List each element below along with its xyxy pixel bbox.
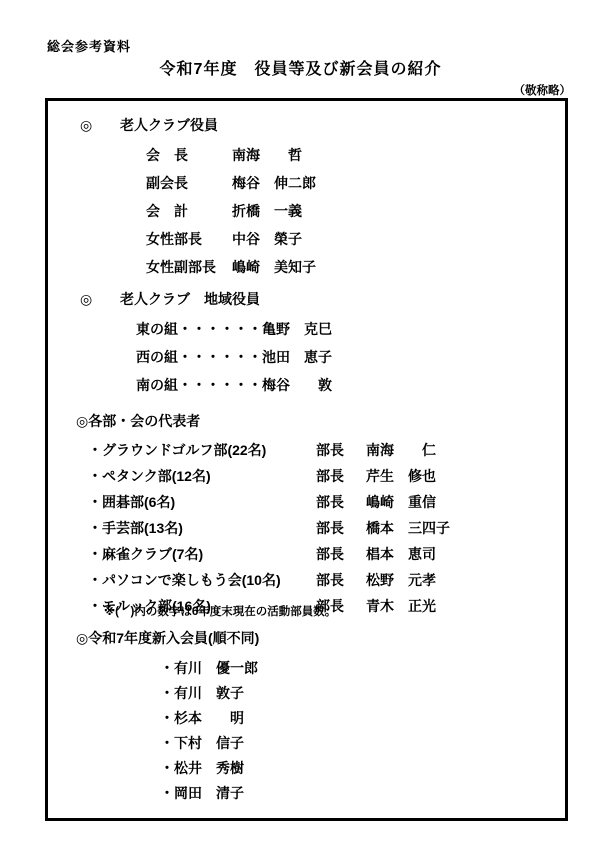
club-leader-title: 部長 [316, 437, 366, 463]
club-row: ・ペタンク部(12名)部長芹生 修也 [88, 463, 450, 489]
club-row: ・手芸部(13名)部長橋本 三四子 [88, 515, 450, 541]
new-member-row: ・下村 信子 [160, 731, 258, 756]
officer-role: 会 長 [146, 141, 232, 169]
club-name: ・手芸部(13名) [88, 515, 316, 541]
officer-name: 折橋 一義 [232, 203, 302, 219]
new-member-row: ・岡田 清子 [160, 781, 258, 806]
club-name: ・パソコンで楽しもう会(10名) [88, 567, 316, 593]
club-leader-name: 松野 元孝 [366, 572, 436, 588]
club-name: ・麻雀クラブ(7名) [88, 541, 316, 567]
section-new-members-heading: ◎令和7年度新入会員(順不同) [76, 628, 259, 648]
officers-list: 会 長南海 哲 副会長梅谷 伸二郎 会 計折橋 一義 女性部長中谷 榮子 女性副… [146, 141, 316, 281]
section-regional-heading: ◎老人クラブ 地域役員 [80, 289, 260, 309]
regional-row: 東の組・・・・・・亀野 克巳 [136, 315, 332, 343]
club-name: ・グラウンドゴルフ部(22名) [88, 437, 316, 463]
officer-name: 嶋崎 美知子 [232, 259, 316, 275]
doc-label: 総会参考資料 [47, 36, 131, 55]
officer-role: 会 計 [146, 197, 232, 225]
officer-name: 南海 哲 [232, 147, 302, 163]
club-name: ・囲碁部(6名) [88, 489, 316, 515]
clubs-list: ・グラウンドゴルフ部(22名)部長南海 仁 ・ペタンク部(12名)部長芹生 修也… [88, 437, 450, 619]
club-leader-title: 部長 [316, 515, 366, 541]
officer-row: 会 計折橋 一義 [146, 197, 316, 225]
club-row: ・囲碁部(6名)部長嶋崎 重信 [88, 489, 450, 515]
club-leader-name: 嶋崎 重信 [366, 494, 436, 510]
officer-row: 女性部長中谷 榮子 [146, 225, 316, 253]
club-leader-name: 橋本 三四子 [366, 520, 450, 536]
officer-row: 副会長梅谷 伸二郎 [146, 169, 316, 197]
double-circle-marker: ◎ [80, 291, 120, 308]
officer-name: 中谷 榮子 [232, 231, 302, 247]
section-officers-title: 老人クラブ役員 [120, 117, 218, 133]
officer-row: 女性副部長嶋崎 美知子 [146, 253, 316, 281]
club-name: ・ペタンク部(12名) [88, 463, 316, 489]
club-leader-title: 部長 [316, 541, 366, 567]
section-clubs-heading: ◎各部・会の代表者 [76, 411, 200, 431]
officer-role: 女性部長 [146, 225, 232, 253]
club-leader-name: 南海 仁 [366, 442, 436, 458]
new-members-list: ・有川 優一郎 ・有川 敦子 ・杉本 明 ・下村 信子 ・松井 秀樹 ・岡田 清… [160, 656, 258, 806]
regional-list: 東の組・・・・・・亀野 克巳 西の組・・・・・・池田 恵子 南の組・・・・・・梅… [136, 315, 332, 399]
content-box: ◎老人クラブ役員 会 長南海 哲 副会長梅谷 伸二郎 会 計折橋 一義 女性部長… [45, 98, 568, 821]
new-member-row: ・杉本 明 [160, 706, 258, 731]
section-officers-heading: ◎老人クラブ役員 [80, 115, 218, 135]
club-row: ・パソコンで楽しもう会(10名)部長松野 元孝 [88, 567, 450, 593]
new-member-row: ・松井 秀樹 [160, 756, 258, 781]
officer-name: 梅谷 伸二郎 [232, 175, 316, 191]
club-leader-title: 部長 [316, 463, 366, 489]
document-page: 総会参考資料 令和7年度 役員等及び新会員の紹介 （敬称略） ◎老人クラブ役員 … [0, 0, 601, 853]
new-member-row: ・有川 優一郎 [160, 656, 258, 681]
new-member-row: ・有川 敦子 [160, 681, 258, 706]
officer-row: 会 長南海 哲 [146, 141, 316, 169]
section-regional-title: 老人クラブ 地域役員 [120, 291, 260, 307]
club-row: ・麻雀クラブ(7名)部長椙本 恵司 [88, 541, 450, 567]
officer-role: 女性副部長 [146, 253, 232, 281]
officer-role: 副会長 [146, 169, 232, 197]
club-leader-title: 部長 [316, 489, 366, 515]
member-count-note: ※( )内の数字は6年度末現在の活動部員数。 [104, 603, 336, 619]
honorific-note: （敬称略） [514, 82, 572, 98]
club-leader-title: 部長 [316, 567, 366, 593]
regional-row: 南の組・・・・・・梅谷 敦 [136, 371, 332, 399]
club-row: ・グラウンドゴルフ部(22名)部長南海 仁 [88, 437, 450, 463]
club-leader-name: 芹生 修也 [366, 468, 436, 484]
page-title: 令和7年度 役員等及び新会員の紹介 [0, 56, 601, 79]
double-circle-marker: ◎ [80, 117, 120, 134]
club-leader-name: 青木 正光 [366, 598, 436, 614]
regional-row: 西の組・・・・・・池田 恵子 [136, 343, 332, 371]
club-leader-name: 椙本 恵司 [366, 546, 436, 562]
